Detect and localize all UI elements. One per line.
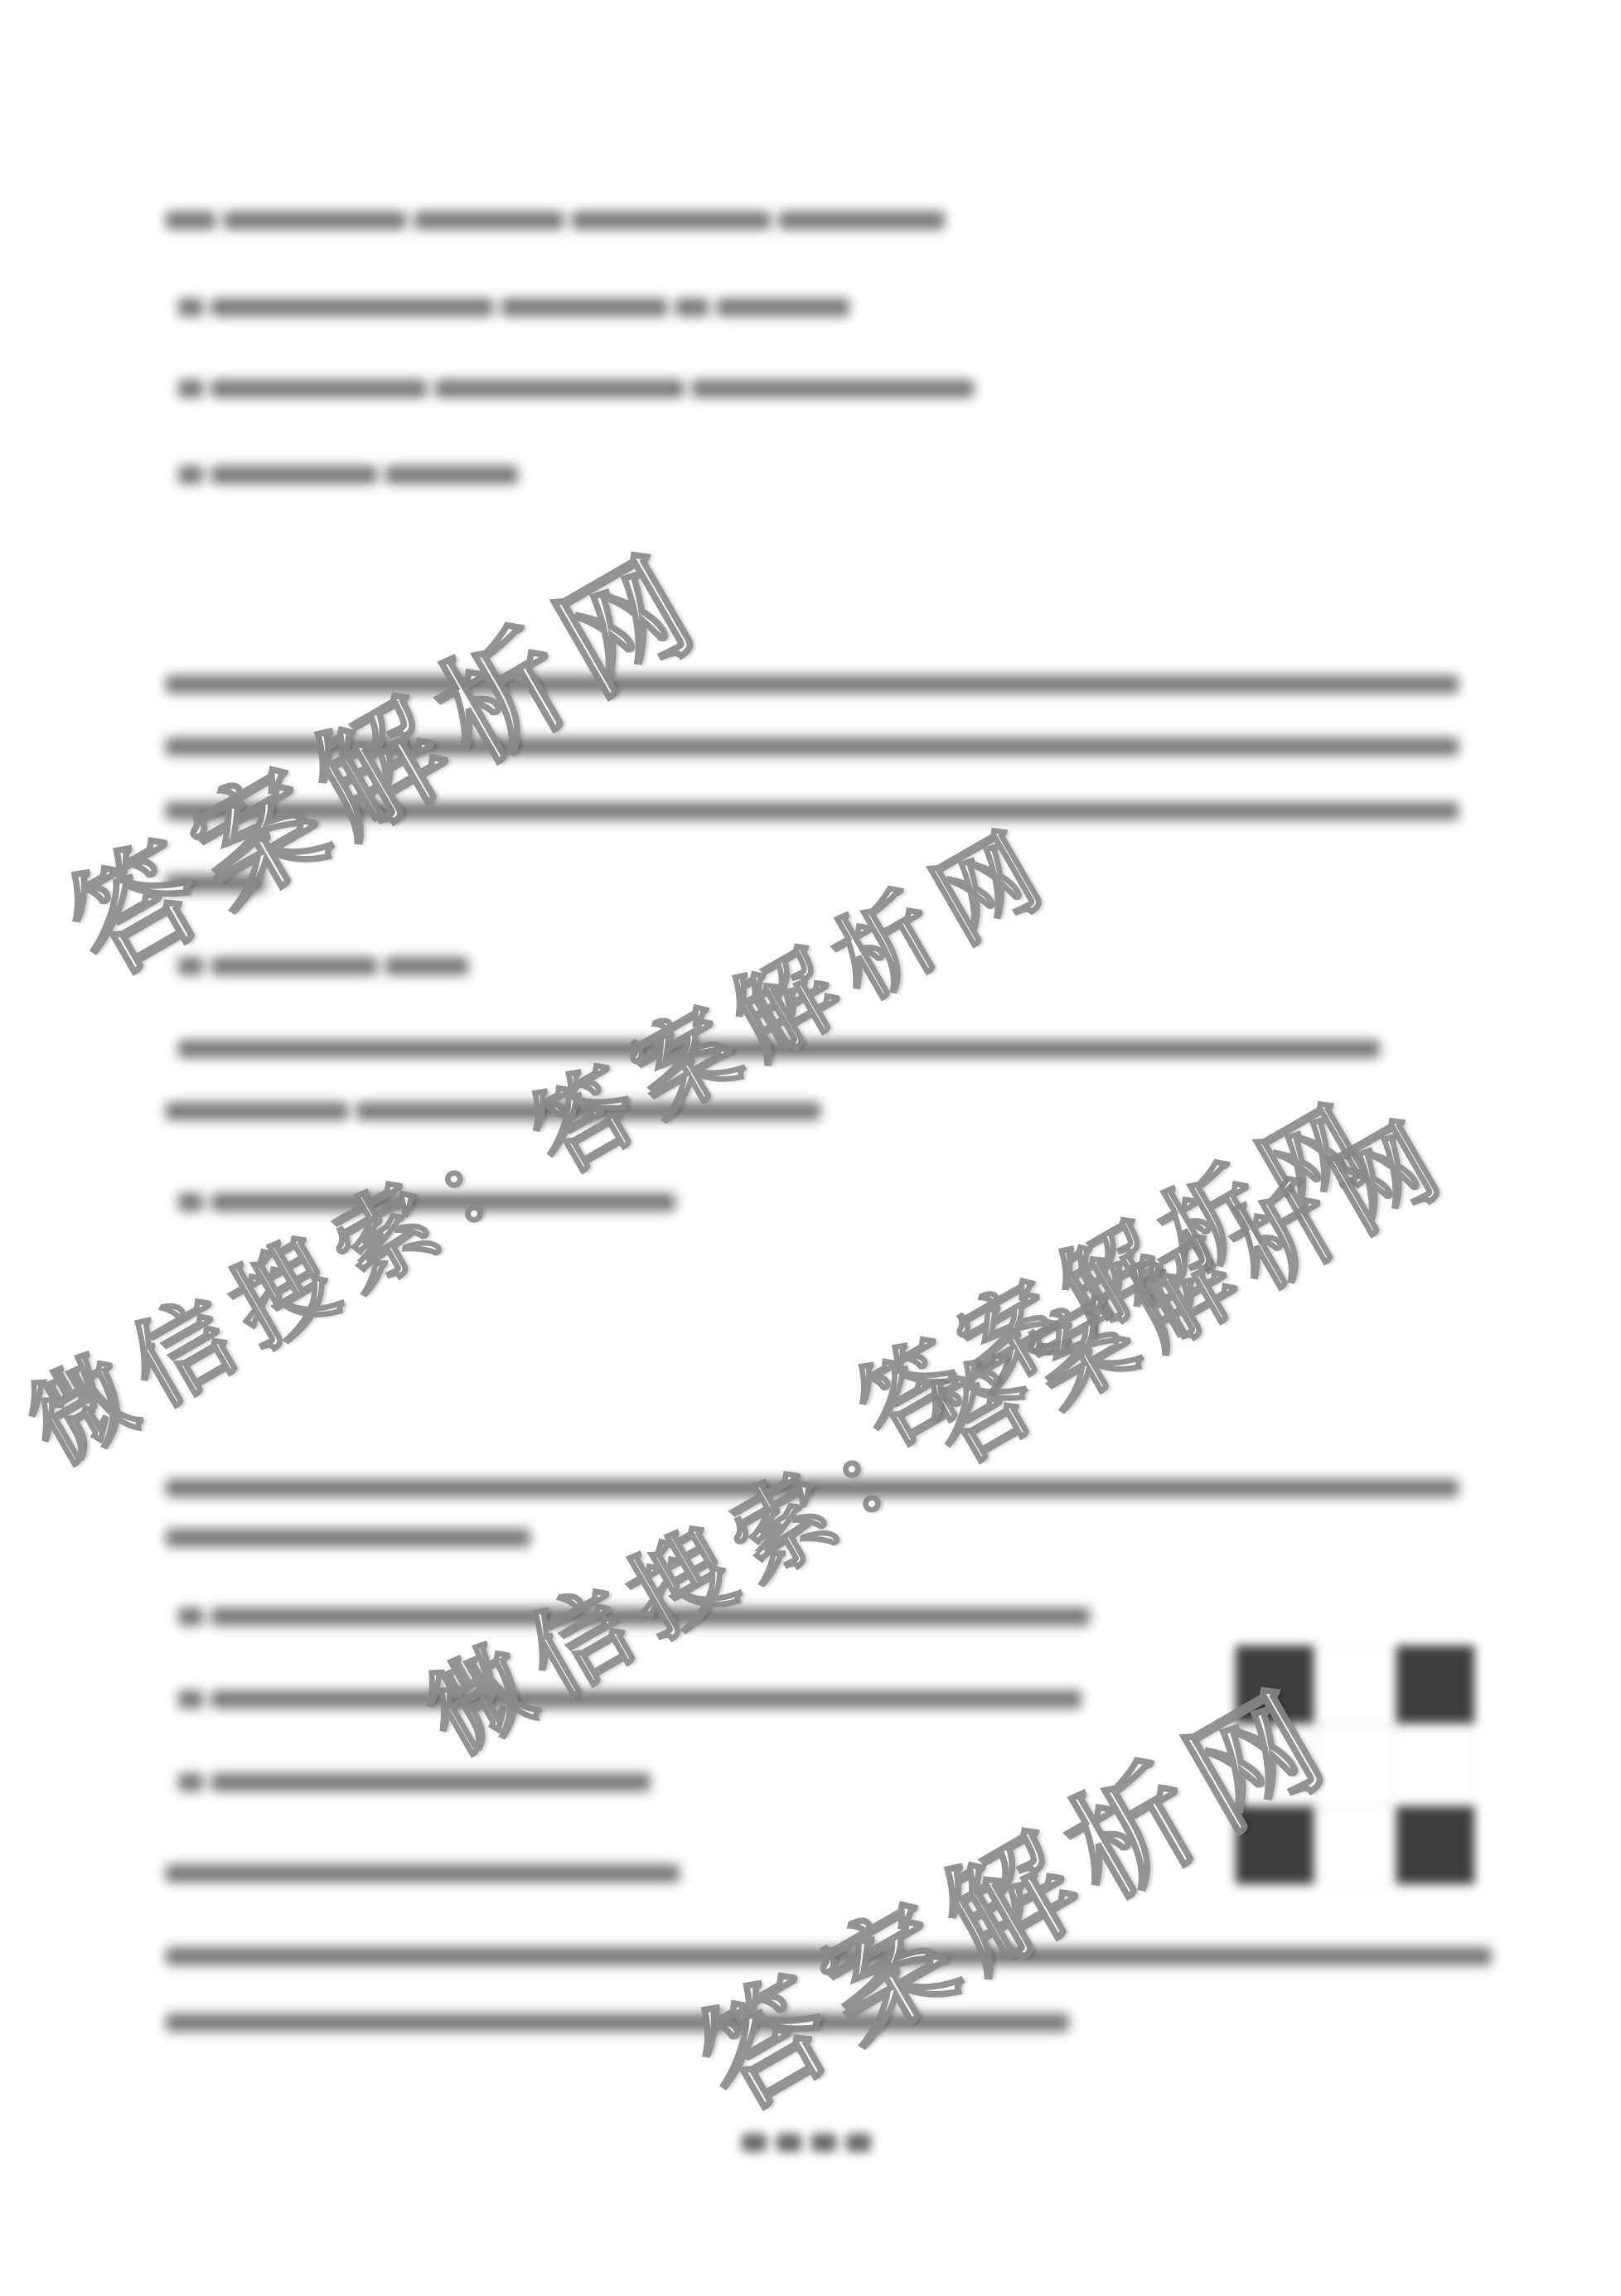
text-line <box>178 1773 659 1795</box>
grid-cell <box>1315 1645 1395 1724</box>
text-line <box>166 211 953 233</box>
text-line <box>178 466 526 487</box>
document-page: 答案解析网 微信搜索：答案解析网 答案解析网 微信搜索：答案解析网 答案解析网 <box>0 0 1621 2296</box>
page-footer <box>742 2134 932 2158</box>
grid-cell-dark <box>1396 1805 1475 1885</box>
text-line <box>178 957 477 979</box>
text-line <box>166 1864 688 1886</box>
watermark: 答案解析网 <box>663 1636 1362 2144</box>
text-line <box>178 379 982 401</box>
text-line <box>178 1690 1090 1712</box>
grid-cell-dark <box>1396 1645 1475 1724</box>
text-line <box>178 298 858 320</box>
grid-cell <box>1315 1805 1395 1885</box>
text-line <box>166 1529 539 1550</box>
grid-cell <box>1396 1725 1475 1805</box>
